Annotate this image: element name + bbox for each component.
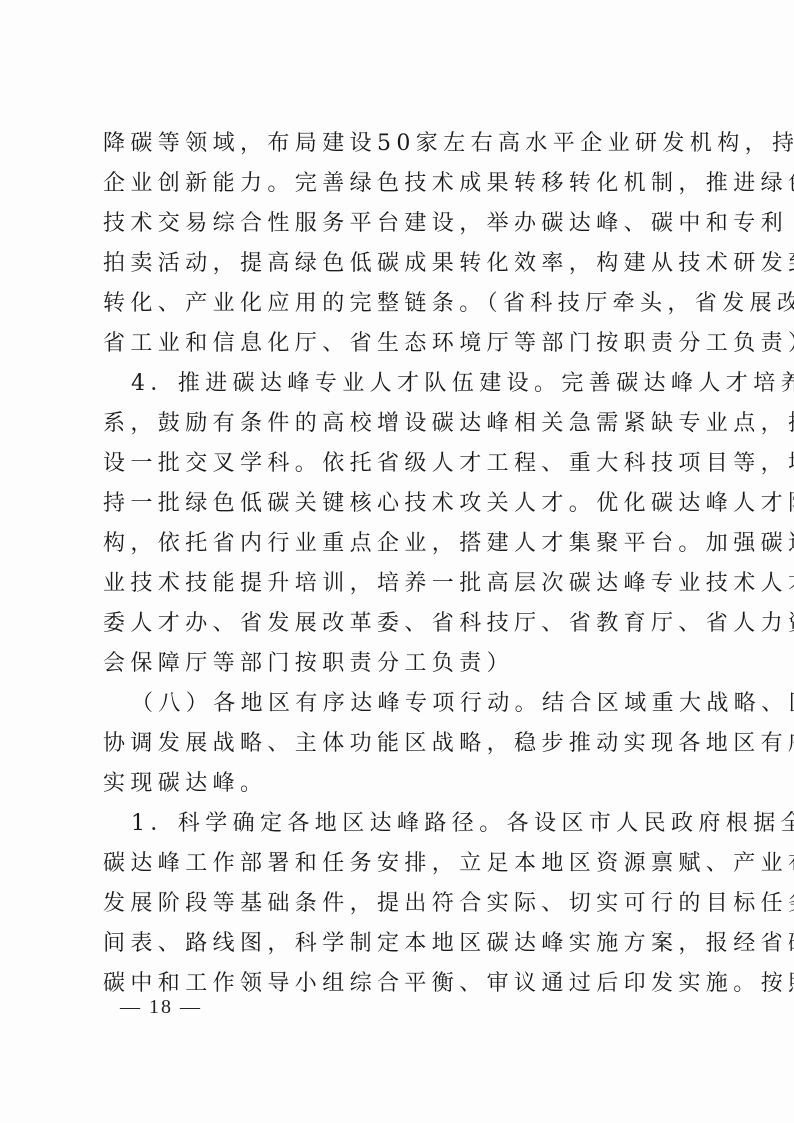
text-line: 降碳等领域，布局建设50家左右高水平企业研发机构，持续增强 — [103, 126, 688, 166]
text-line: 企业创新能力。完善绿色技术成果转移转化机制，推进绿色低碳 — [103, 166, 688, 206]
text-line: 拍卖活动，提高绿色低碳成果转化效率，构建从技术研发到成果 — [103, 246, 688, 286]
text-line: 设一批交叉学科。依托省级人才工程、重大科技项目等，培养支 — [103, 446, 688, 486]
text-line: 发展阶段等基础条件，提出符合实际、切实可行的目标任务和时 — [103, 886, 688, 926]
text-line: 构，依托省内行业重点企业，搭建人才集聚平台。加强碳达峰专 — [103, 526, 688, 566]
document-page: 降碳等领域，布局建设50家左右高水平企业研发机构，持续增强 企业创新能力。完善绿… — [0, 0, 794, 1123]
section-heading-line: 1．科学确定各地区达峰路径。各设区市人民政府根据全省 — [103, 806, 688, 846]
body-text: 降碳等领域，布局建设50家左右高水平企业研发机构，持续增强 企业创新能力。完善绿… — [103, 126, 693, 1006]
text-line: 实现碳达峰。 — [103, 766, 688, 806]
text-line: 碳达峰工作部署和任务安排，立足本地区资源禀赋、产业布局、 — [103, 846, 688, 886]
text-line: 委人才办、省发展改革委、省科技厅、省教育厅、省人力资源社 — [103, 606, 688, 646]
text-line: 技术交易综合性服务平台建设，举办碳达峰、碳中和专利（成果） — [103, 206, 688, 246]
text-line: 间表、路线图，科学制定本地区碳达峰实施方案，报经省碳达峰 — [103, 926, 688, 966]
page-number: — 18 — — [120, 996, 202, 1019]
text-line: 系，鼓励有条件的高校增设碳达峰相关急需紧缺专业点，探索建 — [103, 406, 688, 446]
text-line: 省工业和信息化厅、省生态环境厅等部门按职责分工负责） — [103, 326, 688, 366]
text-line: 转化、产业化应用的完整链条。（省科技厅牵头，省发展改革委、 — [103, 286, 688, 326]
text-line: 协调发展战略、主体功能区战略，稳步推动实现各地区有序梯次 — [103, 726, 688, 766]
section-heading-line: （八）各地区有序达峰专项行动。结合区域重大战略、区域 — [103, 686, 688, 726]
section-heading-line: 4．推进碳达峰专业人才队伍建设。完善碳达峰人才培养体 — [103, 366, 688, 406]
text-line: 业技术技能提升培训，培养一批高层次碳达峰专业技术人才。（省 — [103, 566, 688, 606]
text-line: 持一批绿色低碳关键核心技术攻关人才。优化碳达峰人才队伍结 — [103, 486, 688, 526]
text-line: 会保障厅等部门按职责分工负责） — [103, 646, 688, 686]
